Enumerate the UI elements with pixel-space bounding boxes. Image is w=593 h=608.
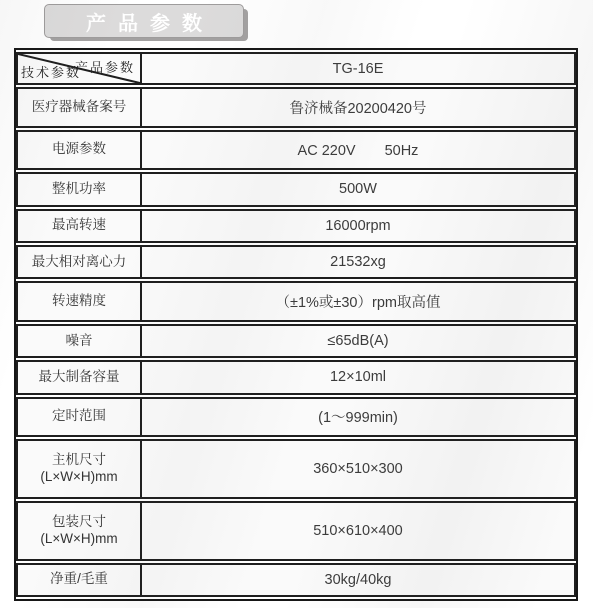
spec-table-grid: 产品参数 技术参数 TG-16E 医疗器械备案号 鲁济械备20200420号 电… [16,50,576,599]
row-label: 整机功率 [16,172,142,206]
spec-table: 产品参数 技术参数 TG-16E 医疗器械备案号 鲁济械备20200420号 电… [14,48,578,601]
table-row: 净重/毛重 30kg/40kg [16,563,576,597]
row-value: 16000rpm [142,209,576,243]
section-title: 产品参数 [74,7,214,36]
row-label: 电源参数 [16,130,142,171]
row-value: 360×510×300 [142,439,576,499]
corner-label-tech: 技术参数 [21,62,81,81]
row-value: 12×10ml [142,360,576,394]
row-label: 最大相对离心力 [16,245,142,279]
row-label: 包装尺寸(L×W×H)mm [16,501,142,561]
row-value: ≤65dB(A) [142,324,576,358]
row-label: 净重/毛重 [16,563,142,597]
row-label: 定时范围 [16,397,142,438]
row-value: (1～999min) [142,397,576,438]
row-value: 21532xg [142,245,576,279]
row-value: AC 220V 50Hz [142,130,576,171]
row-value: 鲁济械备20200420号 [142,87,576,128]
table-row: 整机功率 500W [16,172,576,206]
section-title-badge: 产品参数 [44,4,244,38]
row-label-line2: (L×W×H)mm [19,469,139,486]
row-label: 医疗器械备案号 [16,87,142,128]
table-row: 医疗器械备案号 鲁济械备20200420号 [16,87,576,128]
table-row: 转速精度 （±1%或±30）rpm取高值 [16,281,576,322]
table-header-row: 产品参数 技术参数 TG-16E [16,52,576,85]
row-label: 主机尺寸(L×W×H)mm [16,439,142,499]
row-value: （±1%或±30）rpm取高值 [142,281,576,322]
row-label-line2: (L×W×H)mm [19,531,139,548]
table-row: 最大相对离心力 21532xg [16,245,576,279]
row-label: 最高转速 [16,209,142,243]
row-label: 转速精度 [16,281,142,322]
table-row: 主机尺寸(L×W×H)mm 360×510×300 [16,439,576,499]
row-value: 510×610×400 [142,501,576,561]
table-row: 定时范围 (1～999min) [16,397,576,438]
corner-cell: 产品参数 技术参数 [16,52,142,85]
row-label: 噪音 [16,324,142,358]
table-row: 最大制备容量 12×10ml [16,360,576,394]
row-label: 最大制备容量 [16,360,142,394]
model-cell: TG-16E [142,52,576,85]
table-row: 最高转速 16000rpm [16,209,576,243]
table-row: 电源参数 AC 220V 50Hz [16,130,576,171]
row-value: 500W [142,172,576,206]
table-row: 包装尺寸(L×W×H)mm 510×610×400 [16,501,576,561]
corner-label-product: 产品参数 [75,57,135,76]
row-value: 30kg/40kg [142,563,576,597]
table-row: 噪音 ≤65dB(A) [16,324,576,358]
